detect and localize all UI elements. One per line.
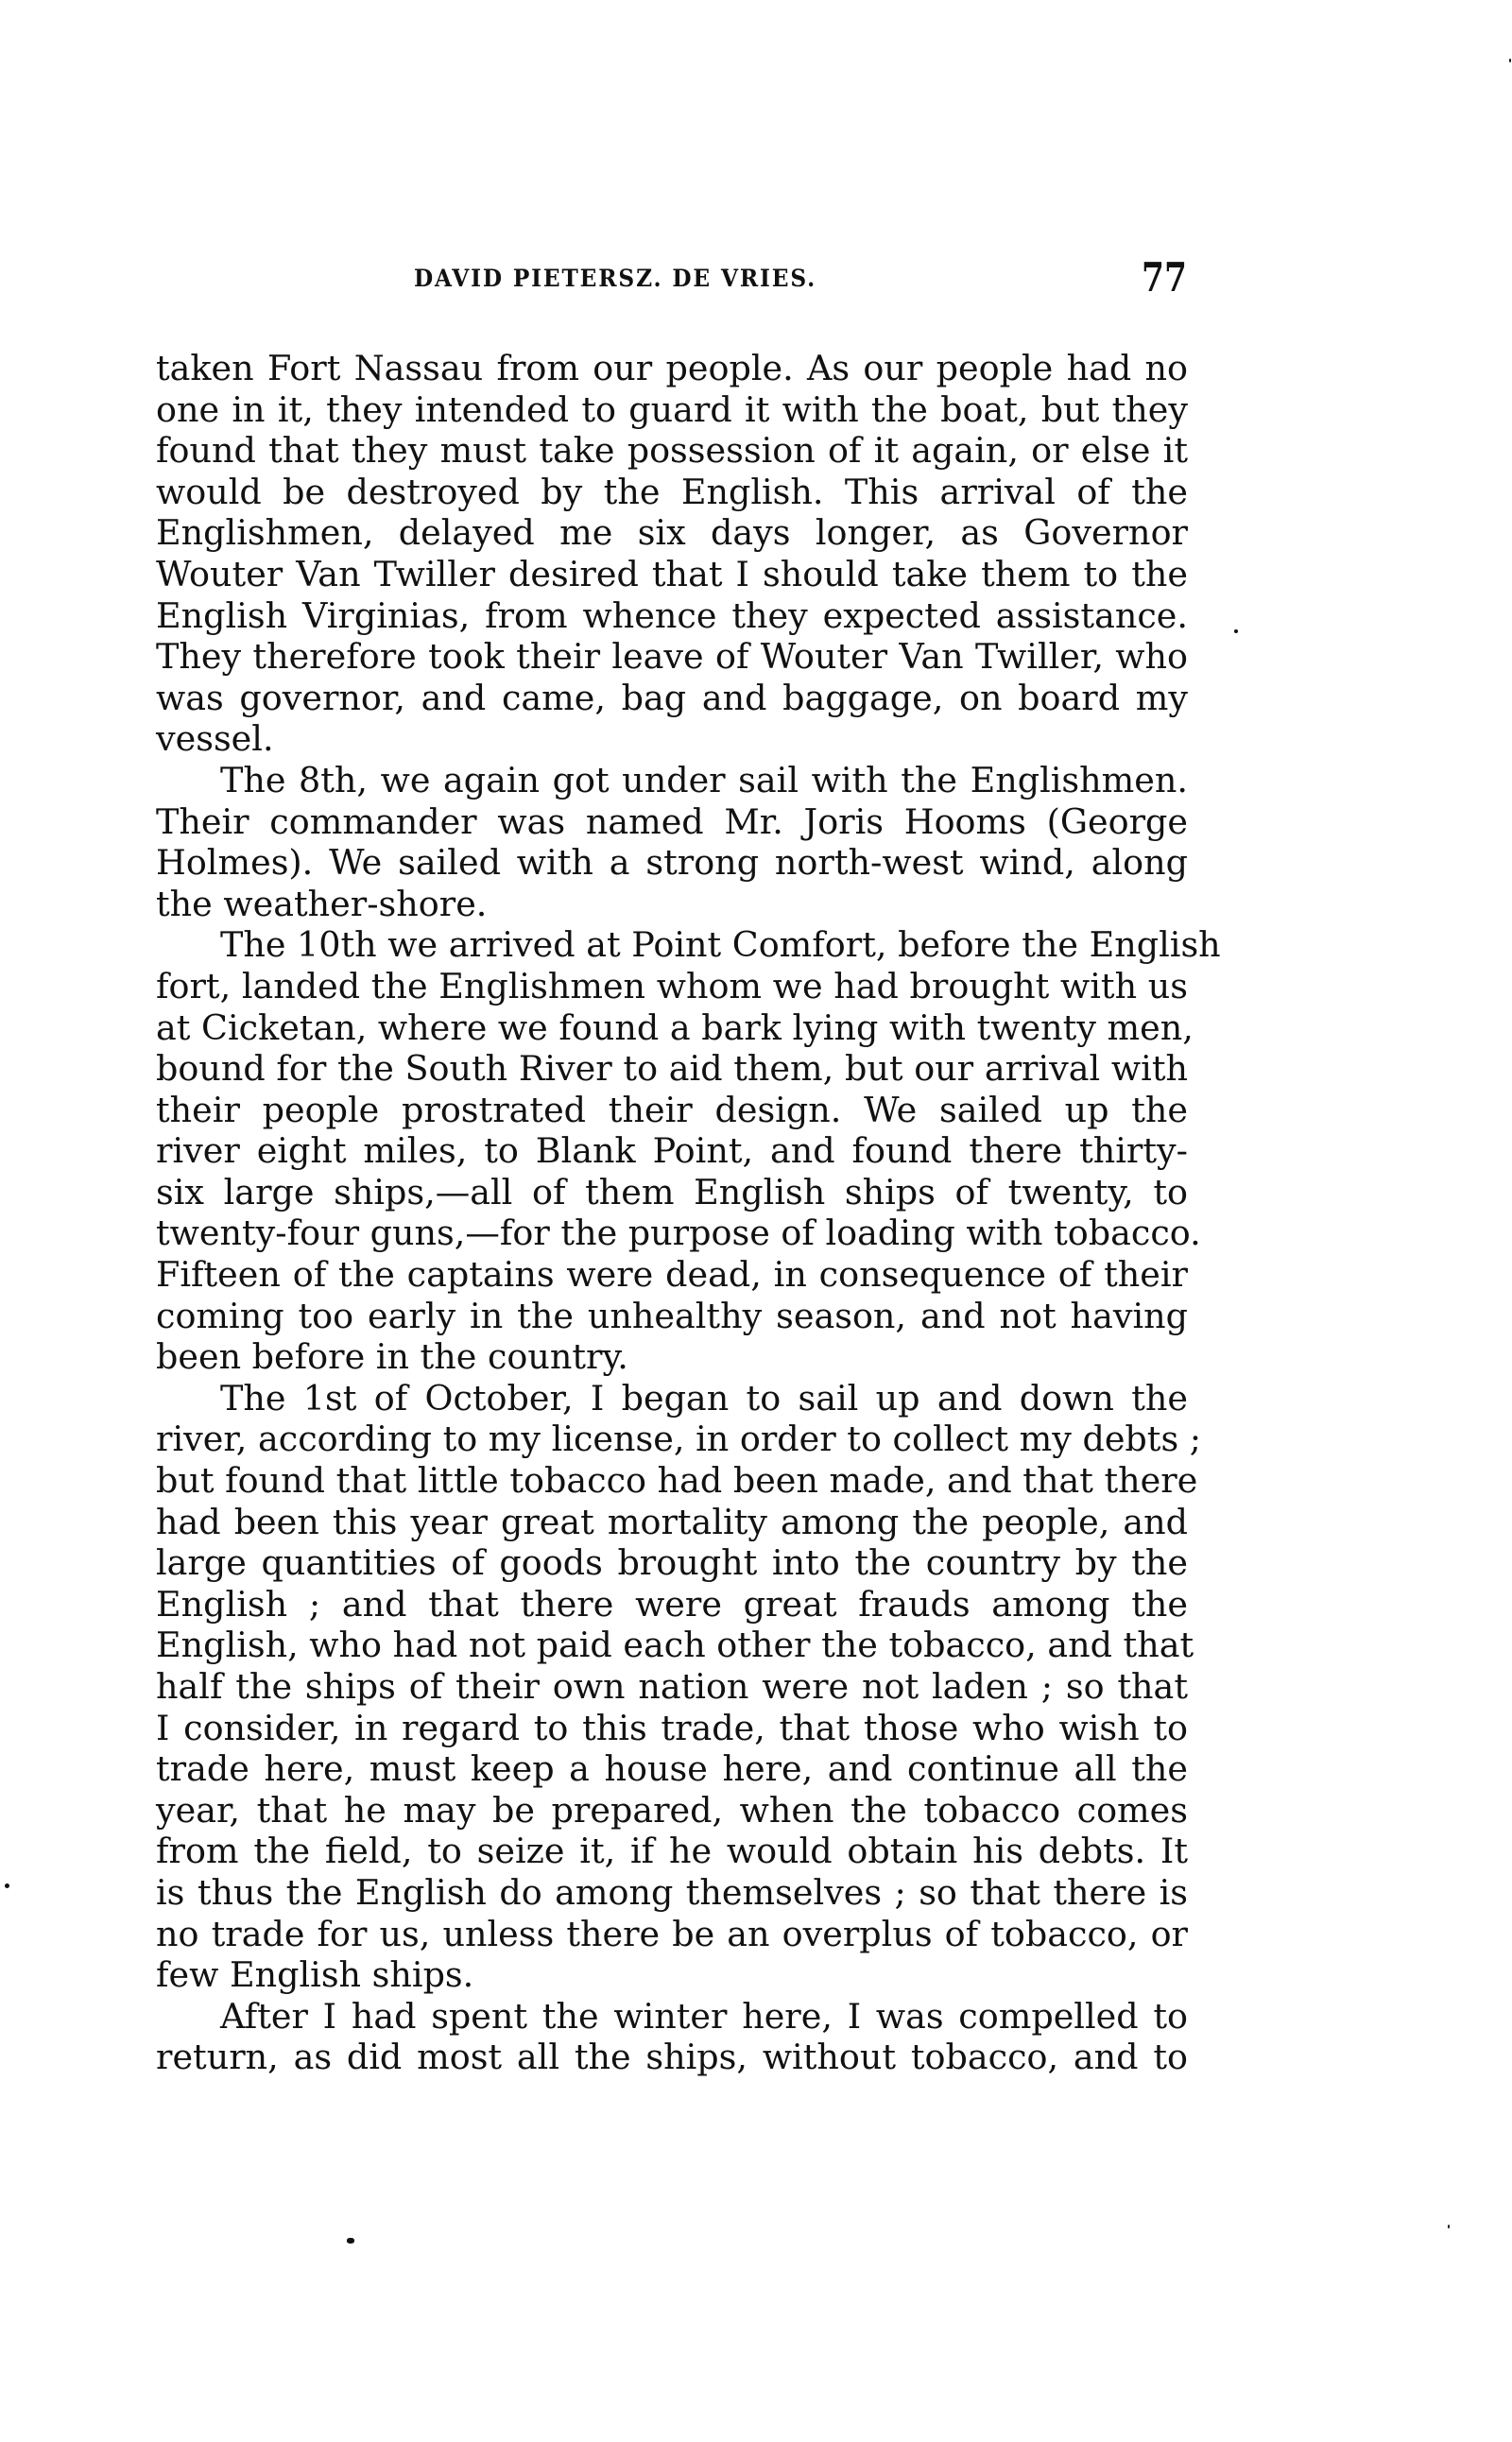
- text-line: river eight miles, to Blank Point, and f…: [156, 1130, 1188, 1172]
- text-line: vessel.: [156, 718, 1188, 760]
- text-line: no trade for us, unless there be an over…: [156, 1914, 1188, 1955]
- text-line: the weather-shore.: [156, 884, 1188, 925]
- text-line: is thus the English do among themselves …: [156, 1872, 1188, 1914]
- running-head: DAVID PIETERSZ. DE VRIES.: [414, 265, 880, 292]
- text-line: was governor, and came, bag and baggage,…: [156, 678, 1188, 719]
- text-line: half the ships of their own nation were …: [156, 1666, 1188, 1708]
- text-line: taken Fort Nassau from our people. As ou…: [156, 348, 1188, 389]
- text-line: Their commander was named Mr. Joris Hoom…: [156, 801, 1188, 843]
- paragraph-start-line: The 8th, we again got under sail with th…: [156, 760, 1188, 801]
- text-line: one in it, they intended to guard it wit…: [156, 389, 1188, 431]
- text-line: twenty-four guns,—for the purpose of loa…: [156, 1212, 1188, 1254]
- paragraph-start-line: The 10th we arrived at Point Comfort, be…: [156, 924, 1188, 966]
- text-line: at Cicketan, where we found a bark lying…: [156, 1007, 1188, 1049]
- body-text: taken Fort Nassau from our people. As ou…: [156, 348, 1188, 2078]
- text-line: six large ships,—all of them English shi…: [156, 1172, 1188, 1213]
- text-line: Holmes). We sailed with a strong north-w…: [156, 842, 1188, 884]
- text-line: large quantities of goods brought into t…: [156, 1542, 1188, 1584]
- text-line: from the field, to seize it, if he would…: [156, 1831, 1188, 1872]
- text-line: few English ships.: [156, 1954, 1188, 1996]
- text-line: had been this year great mortality among…: [156, 1502, 1188, 1543]
- scan-speck: [5, 1883, 9, 1888]
- paragraph-start-line: After I had spent the winter here, I was…: [156, 1996, 1188, 2038]
- text-line: return, as did most all the ships, witho…: [156, 2037, 1188, 2078]
- scan-speck: [1234, 629, 1238, 633]
- text-line: Fifteen of the captains were dead, in co…: [156, 1254, 1188, 1296]
- text-line: trade here, must keep a house here, and …: [156, 1748, 1188, 1790]
- text-line: year, that he may be prepared, when the …: [156, 1790, 1188, 1831]
- text-line: Englishmen, delayed me six days longer, …: [156, 512, 1188, 554]
- paragraph-start-line: The 1st of October, I began to sail up a…: [156, 1378, 1188, 1419]
- text-line: but found that little tobacco had been m…: [156, 1460, 1188, 1502]
- text-line: bound for the South River to aid them, b…: [156, 1048, 1188, 1090]
- text-line: coming too early in the unhealthy season…: [156, 1296, 1188, 1337]
- text-line: I consider, in regard to this trade, tha…: [156, 1708, 1188, 1749]
- text-line: found that they must take possession of …: [156, 430, 1188, 472]
- text-line: would be destroyed by the English. This …: [156, 472, 1188, 513]
- text-line: English, who had not paid each other the…: [156, 1625, 1188, 1666]
- scan-speck: [1448, 2225, 1450, 2228]
- text-line: English ; and that there were great frau…: [156, 1584, 1188, 1625]
- text-line: been before in the country.: [156, 1336, 1188, 1378]
- page-header: DAVID PIETERSZ. DE VRIES. 77: [0, 257, 1512, 304]
- text-line: English Virginias, from whence they expe…: [156, 595, 1188, 637]
- text-line: their people prostrated their design. We…: [156, 1090, 1188, 1131]
- scan-speck: [1509, 59, 1511, 62]
- text-line: river, according to my license, in order…: [156, 1419, 1188, 1460]
- page-number: 77: [1142, 257, 1187, 299]
- text-line: Wouter Van Twiller desired that I should…: [156, 554, 1188, 595]
- text-line: They therefore took their leave of Woute…: [156, 636, 1188, 678]
- text-line: fort, landed the Englishmen whom we had …: [156, 966, 1188, 1007]
- scan-speck: [347, 2238, 354, 2244]
